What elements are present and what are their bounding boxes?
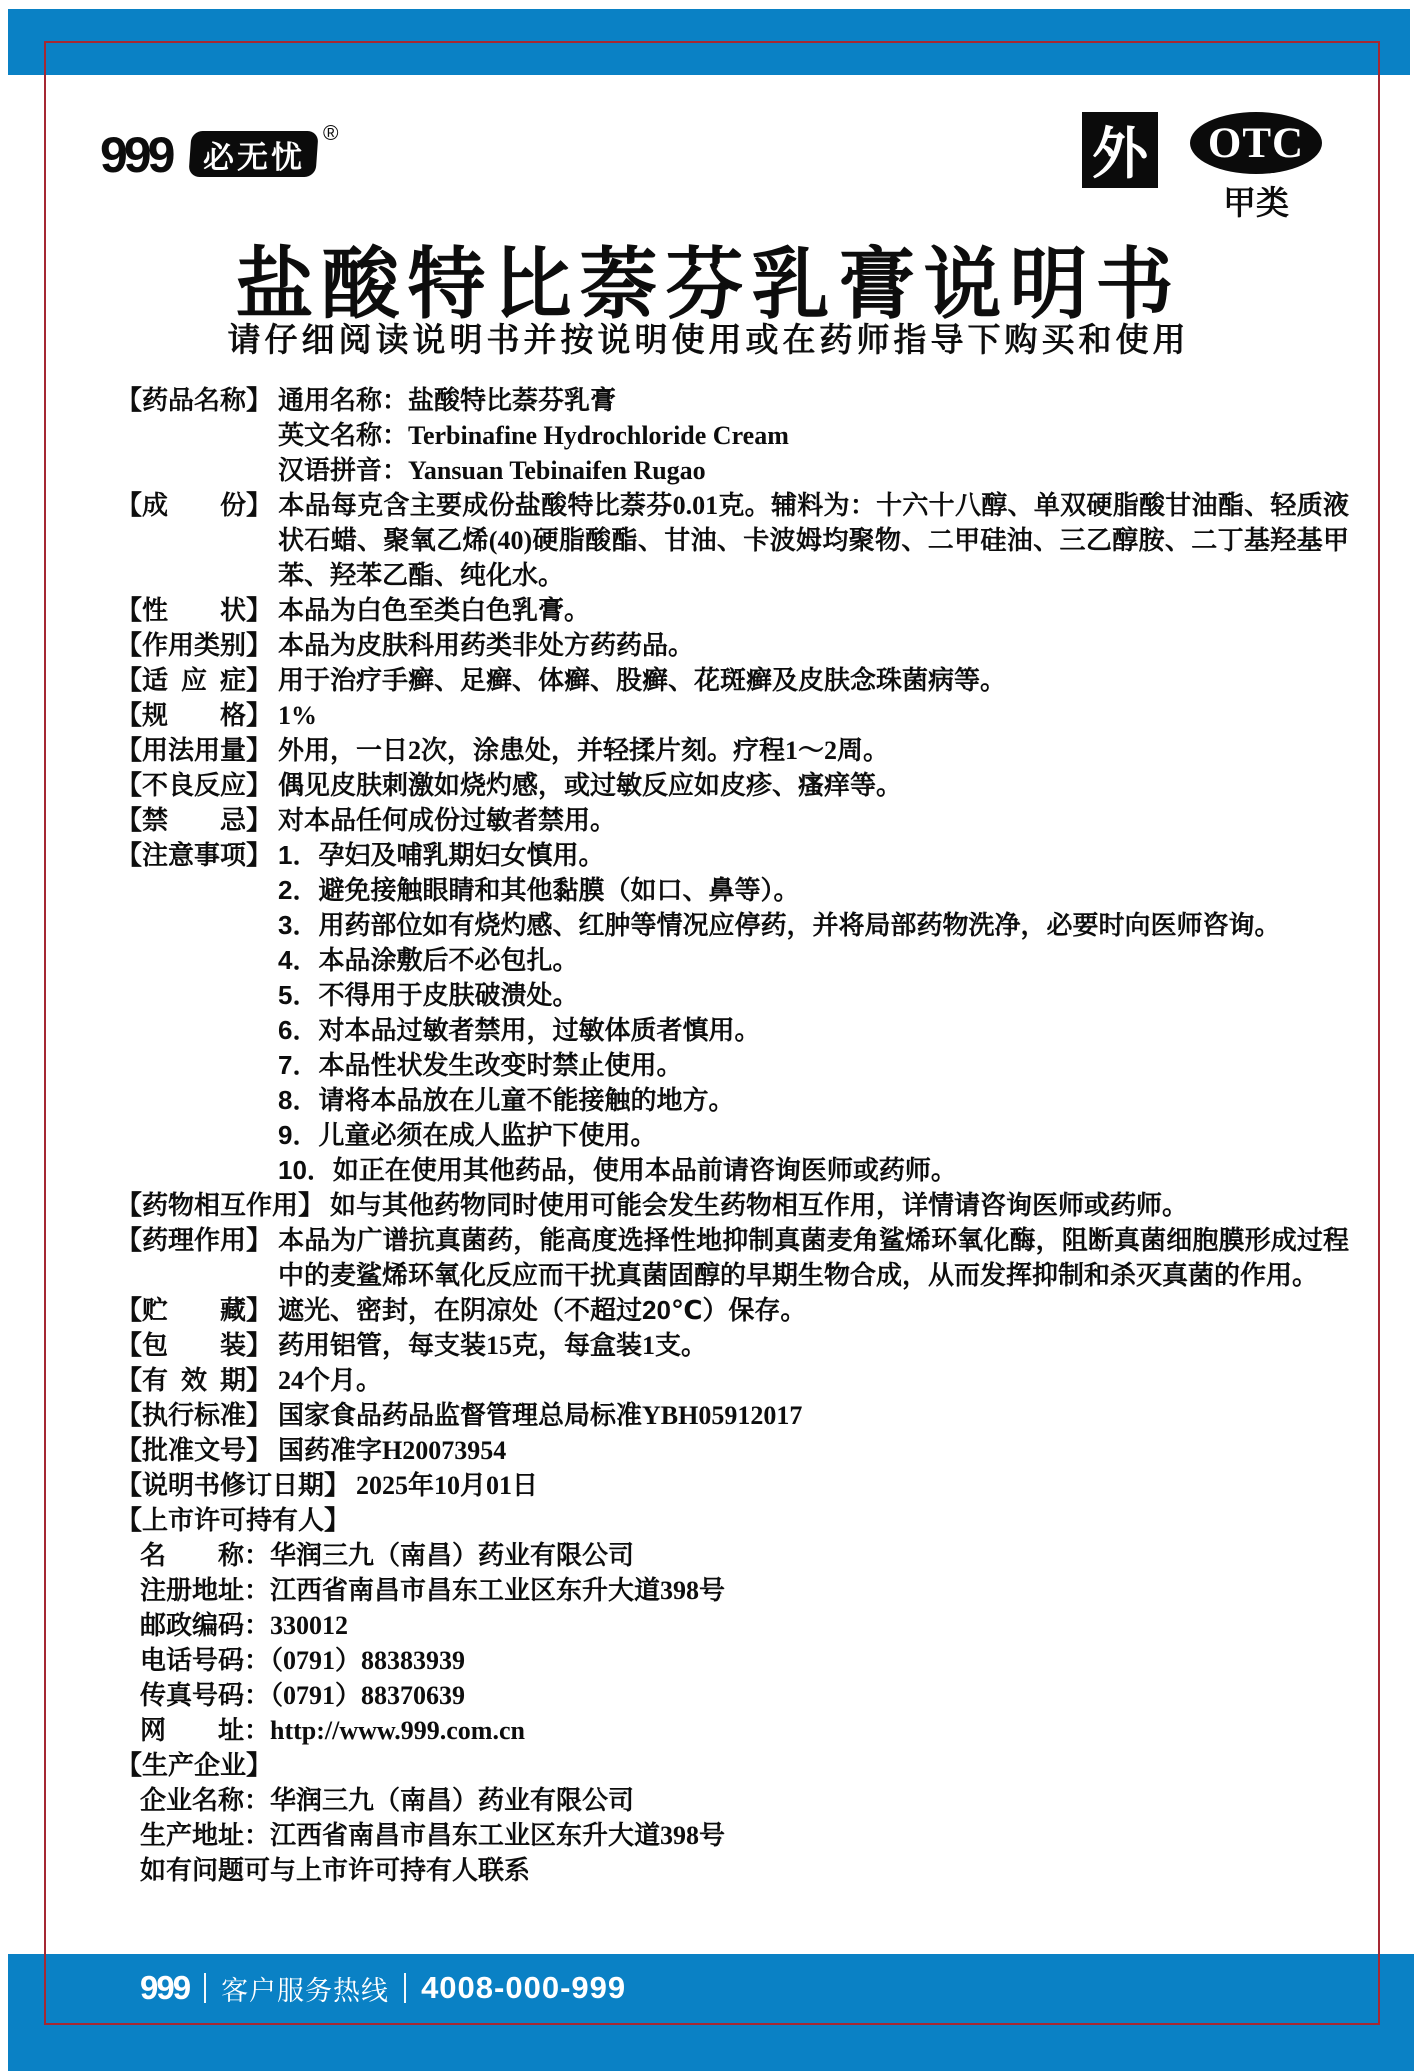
contact-note: 如有问题可与上市许可持有人联系: [116, 1853, 1349, 1888]
footer-separator: [404, 1973, 406, 2003]
precaution-item: 6．对本品过敏者禁用，过敏体质者慎用。: [116, 1013, 1349, 1048]
precaution-item: 5．不得用于皮肤破溃处。: [116, 978, 1349, 1013]
brand-badge: 必无忧: [188, 131, 318, 177]
entry-label: 【药品名称】: [116, 383, 272, 418]
entry-holder-heading: 【上市许可持有人】: [116, 1503, 1349, 1538]
entry-label: 【包装】: [116, 1328, 272, 1363]
standard-text: 国家食品药品监督管理总局标准YBH05912017: [278, 1401, 802, 1430]
label-bracket: 】: [246, 385, 272, 415]
colon: ：: [244, 1576, 270, 1605]
entry-dosage: 【用法用量】外用，一日2次，涂患处，并轻揉片刻。疗程1～2周。: [116, 733, 1349, 768]
label-bracket: 【: [116, 490, 142, 520]
interactions-text: 如与其他药物同时使用可能会发生药物相互作用，详情请咨询医师或药师。: [330, 1191, 1188, 1220]
entry-packaging: 【包装】药用铝管，每支装15克，每盒装1支。: [116, 1328, 1349, 1363]
storage-temperature-note: （不超过20℃）: [538, 1295, 728, 1325]
label-bracket: 【: [116, 630, 142, 660]
label-bracket: 【: [116, 770, 142, 800]
precaution-item: 8．请将本品放在儿童不能接触的地方。: [116, 1083, 1349, 1118]
approval-text: 国药准字H20073954: [278, 1436, 506, 1465]
holder-tel-row: 电话号码：（0791）88383939: [116, 1643, 1349, 1678]
entry-indications: 【适应症】用于治疗手癣、足癣、体癣、股癣、花斑癣及皮肤念珠菌病等。: [116, 663, 1349, 698]
label-bracket: 【: [116, 700, 142, 730]
label-bracket: 【: [116, 1190, 142, 1220]
label-bracket: 】: [246, 1295, 272, 1325]
entry-label: 【禁忌】: [116, 803, 272, 838]
label-bracket: 】: [246, 1330, 272, 1360]
label-bracket: 】: [298, 1190, 324, 1220]
precaution-item: 7．本品性状发生改变时禁止使用。: [116, 1048, 1349, 1083]
label-bracket: 】: [246, 700, 272, 730]
strength-text: 1%: [278, 701, 317, 730]
label-bracket: 】: [246, 630, 272, 660]
holder-name-row: 名称：华润三九（南昌）药业有限公司: [116, 1538, 1349, 1573]
holder-row-label: 注册地址: [140, 1573, 244, 1608]
holder-tel-value: （0791）88383939: [270, 1646, 465, 1675]
packaging-text: 药用铝管，每支装15克，每盒装1支。: [278, 1331, 707, 1360]
pharmacology-text: 本品为广谱抗真菌药，能高度选择性地抑制真菌麦角鲨烯环氧化酶，阻断真菌细胞膜形成过…: [278, 1226, 1349, 1290]
holder-row-label: 邮政编码: [140, 1608, 244, 1643]
holder-zip-value: 330012: [270, 1611, 348, 1640]
label-bracket: 】: [246, 1225, 272, 1255]
entry-drug-name: 【药品名称】通用名称：盐酸特比萘芬乳膏: [116, 383, 1349, 418]
producer-name-row: 企业名称：华润三九（南昌）药业有限公司: [116, 1783, 1349, 1818]
entry-label: 【规格】: [116, 698, 272, 733]
entry-category: 【作用类别】本品为皮肤科用药类非处方药药品。: [116, 628, 1349, 663]
footer-service-label: 客户服务热线: [221, 1969, 389, 2008]
label-bracket: 】: [246, 770, 272, 800]
colon: ：: [244, 1541, 270, 1570]
label-bracket: 】: [246, 665, 272, 695]
label-bracket: 】: [246, 1365, 272, 1395]
entry-label: 【药理作用】: [116, 1223, 272, 1258]
label-bracket: 】: [246, 490, 272, 520]
footer-separator: [204, 1973, 206, 2003]
storage-text: 遮光、密封，在阴凉处: [278, 1296, 538, 1325]
entry-storage: 【贮藏】遮光、密封，在阴凉处（不超过20℃）保存。: [116, 1293, 1349, 1328]
label-bracket: 】: [246, 1401, 272, 1430]
label-bracket: 【: [116, 1330, 142, 1360]
label-bracket: 【: [116, 1751, 142, 1780]
holder-address-row: 注册地址：江西省南昌市昌东工业区东升大道398号: [116, 1573, 1349, 1608]
entry-composition: 【成份】本品每克含主要成份盐酸特比萘芬0.01克。辅料为：十六十八醇、单双硬脂酸…: [116, 488, 1349, 593]
generic-name: 通用名称：盐酸特比萘芬乳膏: [278, 386, 616, 415]
label-bracket: 】: [324, 1471, 350, 1500]
entry-standard: 【执行标准】国家食品药品监督管理总局标准YBH05912017: [116, 1398, 1349, 1433]
otc-class-label: 甲类: [1190, 177, 1322, 224]
entry-label: 【不良反应】: [116, 768, 272, 803]
pinyin-name: 汉语拼音：Yansuan Tebinaifen Rugao: [116, 453, 1349, 488]
footer-service-line: 999 客户服务热线 4008-000-999: [140, 1966, 626, 2010]
entry-label: 【成份】: [116, 488, 272, 523]
label-bracket: 【: [116, 1506, 142, 1535]
colon: ：: [244, 1716, 270, 1745]
label-bracket: 【: [116, 805, 142, 835]
entry-adverse-reactions: 【不良反应】偶见皮肤刺激如烧灼感，或过敏反应如皮疹、瘙痒等。: [116, 768, 1349, 803]
entry-strength: 【规格】1%: [116, 698, 1349, 733]
producer-name-value: 华润三九（南昌）药业有限公司: [270, 1786, 634, 1815]
entry-label: 【贮藏】: [116, 1293, 272, 1328]
producer-address-row: 生产地址：江西省南昌市昌东工业区东升大道398号: [116, 1818, 1349, 1853]
validity-text: 24个月。: [278, 1366, 382, 1395]
adverse-text: 偶见皮肤刺激如烧灼感，或过敏反应如皮疹、瘙痒等。: [278, 771, 902, 800]
entry-label: 【说明书修订日期】: [116, 1471, 350, 1500]
colon: ：: [244, 1611, 270, 1640]
label-bracket: 】: [246, 595, 272, 625]
label-bracket: 【: [116, 1295, 142, 1325]
brand-badge-label: 必无忧: [203, 132, 305, 177]
precaution-item: 1．孕妇及哺乳期妇女慎用。: [278, 840, 604, 870]
top-blue-bar: [8, 9, 1410, 75]
label-bracket: 【: [116, 1401, 142, 1430]
entry-description: 【性状】本品为白色至类白色乳膏。: [116, 593, 1349, 628]
entry-precautions: 【注意事项】1．孕妇及哺乳期妇女慎用。: [116, 838, 1349, 873]
entry-contraindication: 【禁忌】对本品任何成份过敏者禁用。: [116, 803, 1349, 838]
colon: ：: [244, 1646, 270, 1675]
colon: ：: [244, 1821, 270, 1850]
revision-text: 2025年10月01日: [356, 1471, 538, 1500]
precaution-item: 9．儿童必须在成人监护下使用。: [116, 1118, 1349, 1153]
registered-trademark-icon: ®: [323, 122, 338, 146]
label-bracket: 】: [246, 1436, 272, 1465]
description-text: 本品为白色至类白色乳膏。: [278, 596, 590, 625]
entry-approval-number: 【批准文号】国药准字H20073954: [116, 1433, 1349, 1468]
storage-text: 保存。: [728, 1296, 806, 1325]
precaution-item: 10．如正在使用其他药品，使用本品前请咨询医师或药师。: [116, 1153, 1349, 1188]
footer-service-phone: 4008-000-999: [421, 1970, 626, 2006]
holder-row-label: 名称: [140, 1538, 244, 1573]
producer-row-label: 企业名称: [140, 1783, 244, 1818]
entry-validity: 【有效期】24个月。: [116, 1363, 1349, 1398]
holder-website-row: 网址：http://www.999.com.cn: [116, 1713, 1349, 1748]
indications-text: 用于治疗手癣、足癣、体癣、股癣、花斑癣及皮肤念珠菌病等。: [278, 666, 1006, 695]
leaflet-body: 【药品名称】通用名称：盐酸特比萘芬乳膏 英文名称：Terbinafine Hyd…: [116, 383, 1349, 1888]
precaution-item: 4．本品涂敷后不必包扎。: [116, 943, 1349, 978]
entry-label: 【作用类别】: [116, 628, 272, 663]
label-bracket: 【: [116, 595, 142, 625]
label-bracket: 【: [116, 735, 142, 765]
precaution-item: 3．用药部位如有烧灼感、红肿等情况应停药，并将局部药物洗净，必要时向医师咨询。: [116, 908, 1349, 943]
entry-label: 【用法用量】: [116, 733, 272, 768]
entry-label: 【上市许可持有人】: [116, 1506, 350, 1535]
label-bracket: 【: [116, 1471, 142, 1500]
holder-name-value: 华润三九（南昌）药业有限公司: [270, 1541, 634, 1570]
external-use-badge: 外: [1082, 112, 1158, 188]
brand-999-logo: 999: [100, 126, 171, 184]
entry-label: 【性状】: [116, 593, 272, 628]
producer-row-label: 生产地址: [140, 1818, 244, 1853]
label-bracket: 【: [116, 385, 142, 415]
footer-999-logo: 999: [140, 1969, 189, 2007]
holder-website-value: http://www.999.com.cn: [270, 1716, 525, 1745]
holder-fax-value: （0791）88370639: [270, 1681, 465, 1710]
holder-row-label: 传真号码: [140, 1678, 244, 1713]
label-bracket: 】: [246, 805, 272, 835]
drug-leaflet-page: 999 必无忧 ® 外 OTC 甲类 盐酸特比萘芬乳膏说明书 请仔细阅读说明书并…: [0, 0, 1417, 2071]
label-bracket: 【: [116, 1365, 142, 1395]
label-bracket: 【: [116, 1436, 142, 1465]
colon: ：: [244, 1786, 270, 1815]
label-bracket: 】: [246, 840, 272, 870]
dosage-text: 外用，一日2次，涂患处，并轻揉片刻。疗程1～2周。: [278, 736, 889, 765]
holder-zip-row: 邮政编码：330012: [116, 1608, 1349, 1643]
label-bracket: 】: [246, 735, 272, 765]
label-bracket: 】: [324, 1506, 350, 1535]
composition-text: 本品每克含主要成份盐酸特比萘芬0.01克。辅料为：十六十八醇、单双硬脂酸甘油酯、…: [278, 491, 1349, 590]
category-text: 本品为皮肤科用药类非处方药药品。: [278, 631, 694, 660]
holder-fax-row: 传真号码：（0791）88370639: [116, 1678, 1349, 1713]
precaution-item: 2．避免接触眼睛和其他黏膜（如口、鼻等）。: [116, 873, 1349, 908]
entry-label: 【批准文号】: [116, 1433, 272, 1468]
label-bracket: 【: [116, 665, 142, 695]
entry-drug-interactions: 【药物相互作用】如与其他药物同时使用可能会发生药物相互作用，详情请咨询医师或药师…: [116, 1188, 1349, 1223]
otc-badge: OTC: [1190, 112, 1322, 174]
label-bracket: 【: [116, 840, 142, 870]
entry-label: 【注意事项】: [116, 838, 272, 873]
english-name: 英文名称：Terbinafine Hydrochloride Cream: [116, 418, 1349, 453]
entry-label: 【生产企业】: [116, 1751, 272, 1780]
entry-label: 【药物相互作用】: [116, 1190, 324, 1220]
producer-address-value: 江西省南昌市昌东工业区东升大道398号: [270, 1821, 725, 1850]
holder-row-label: 网址: [140, 1713, 244, 1748]
entry-producer-heading: 【生产企业】: [116, 1748, 1349, 1783]
entry-pharmacology: 【药理作用】本品为广谱抗真菌药，能高度选择性地抑制真菌麦角鲨烯环氧化酶，阻断真菌…: [116, 1223, 1349, 1293]
page-subtitle: 请仔细阅读说明书并按说明使用或在药师指导下购买和使用: [0, 314, 1417, 361]
colon: ：: [244, 1681, 270, 1710]
entry-label: 【有效期】: [116, 1363, 272, 1398]
label-bracket: 】: [246, 1751, 272, 1780]
contraindication-text: 对本品任何成份过敏者禁用。: [278, 805, 616, 835]
entry-revision-date: 【说明书修订日期】2025年10月01日: [116, 1468, 1349, 1503]
label-bracket: 【: [116, 1225, 142, 1255]
entry-label: 【适应症】: [116, 663, 272, 698]
holder-address-value: 江西省南昌市昌东工业区东升大道398号: [270, 1576, 725, 1605]
entry-label: 【执行标准】: [116, 1398, 272, 1433]
holder-row-label: 电话号码: [140, 1643, 244, 1678]
